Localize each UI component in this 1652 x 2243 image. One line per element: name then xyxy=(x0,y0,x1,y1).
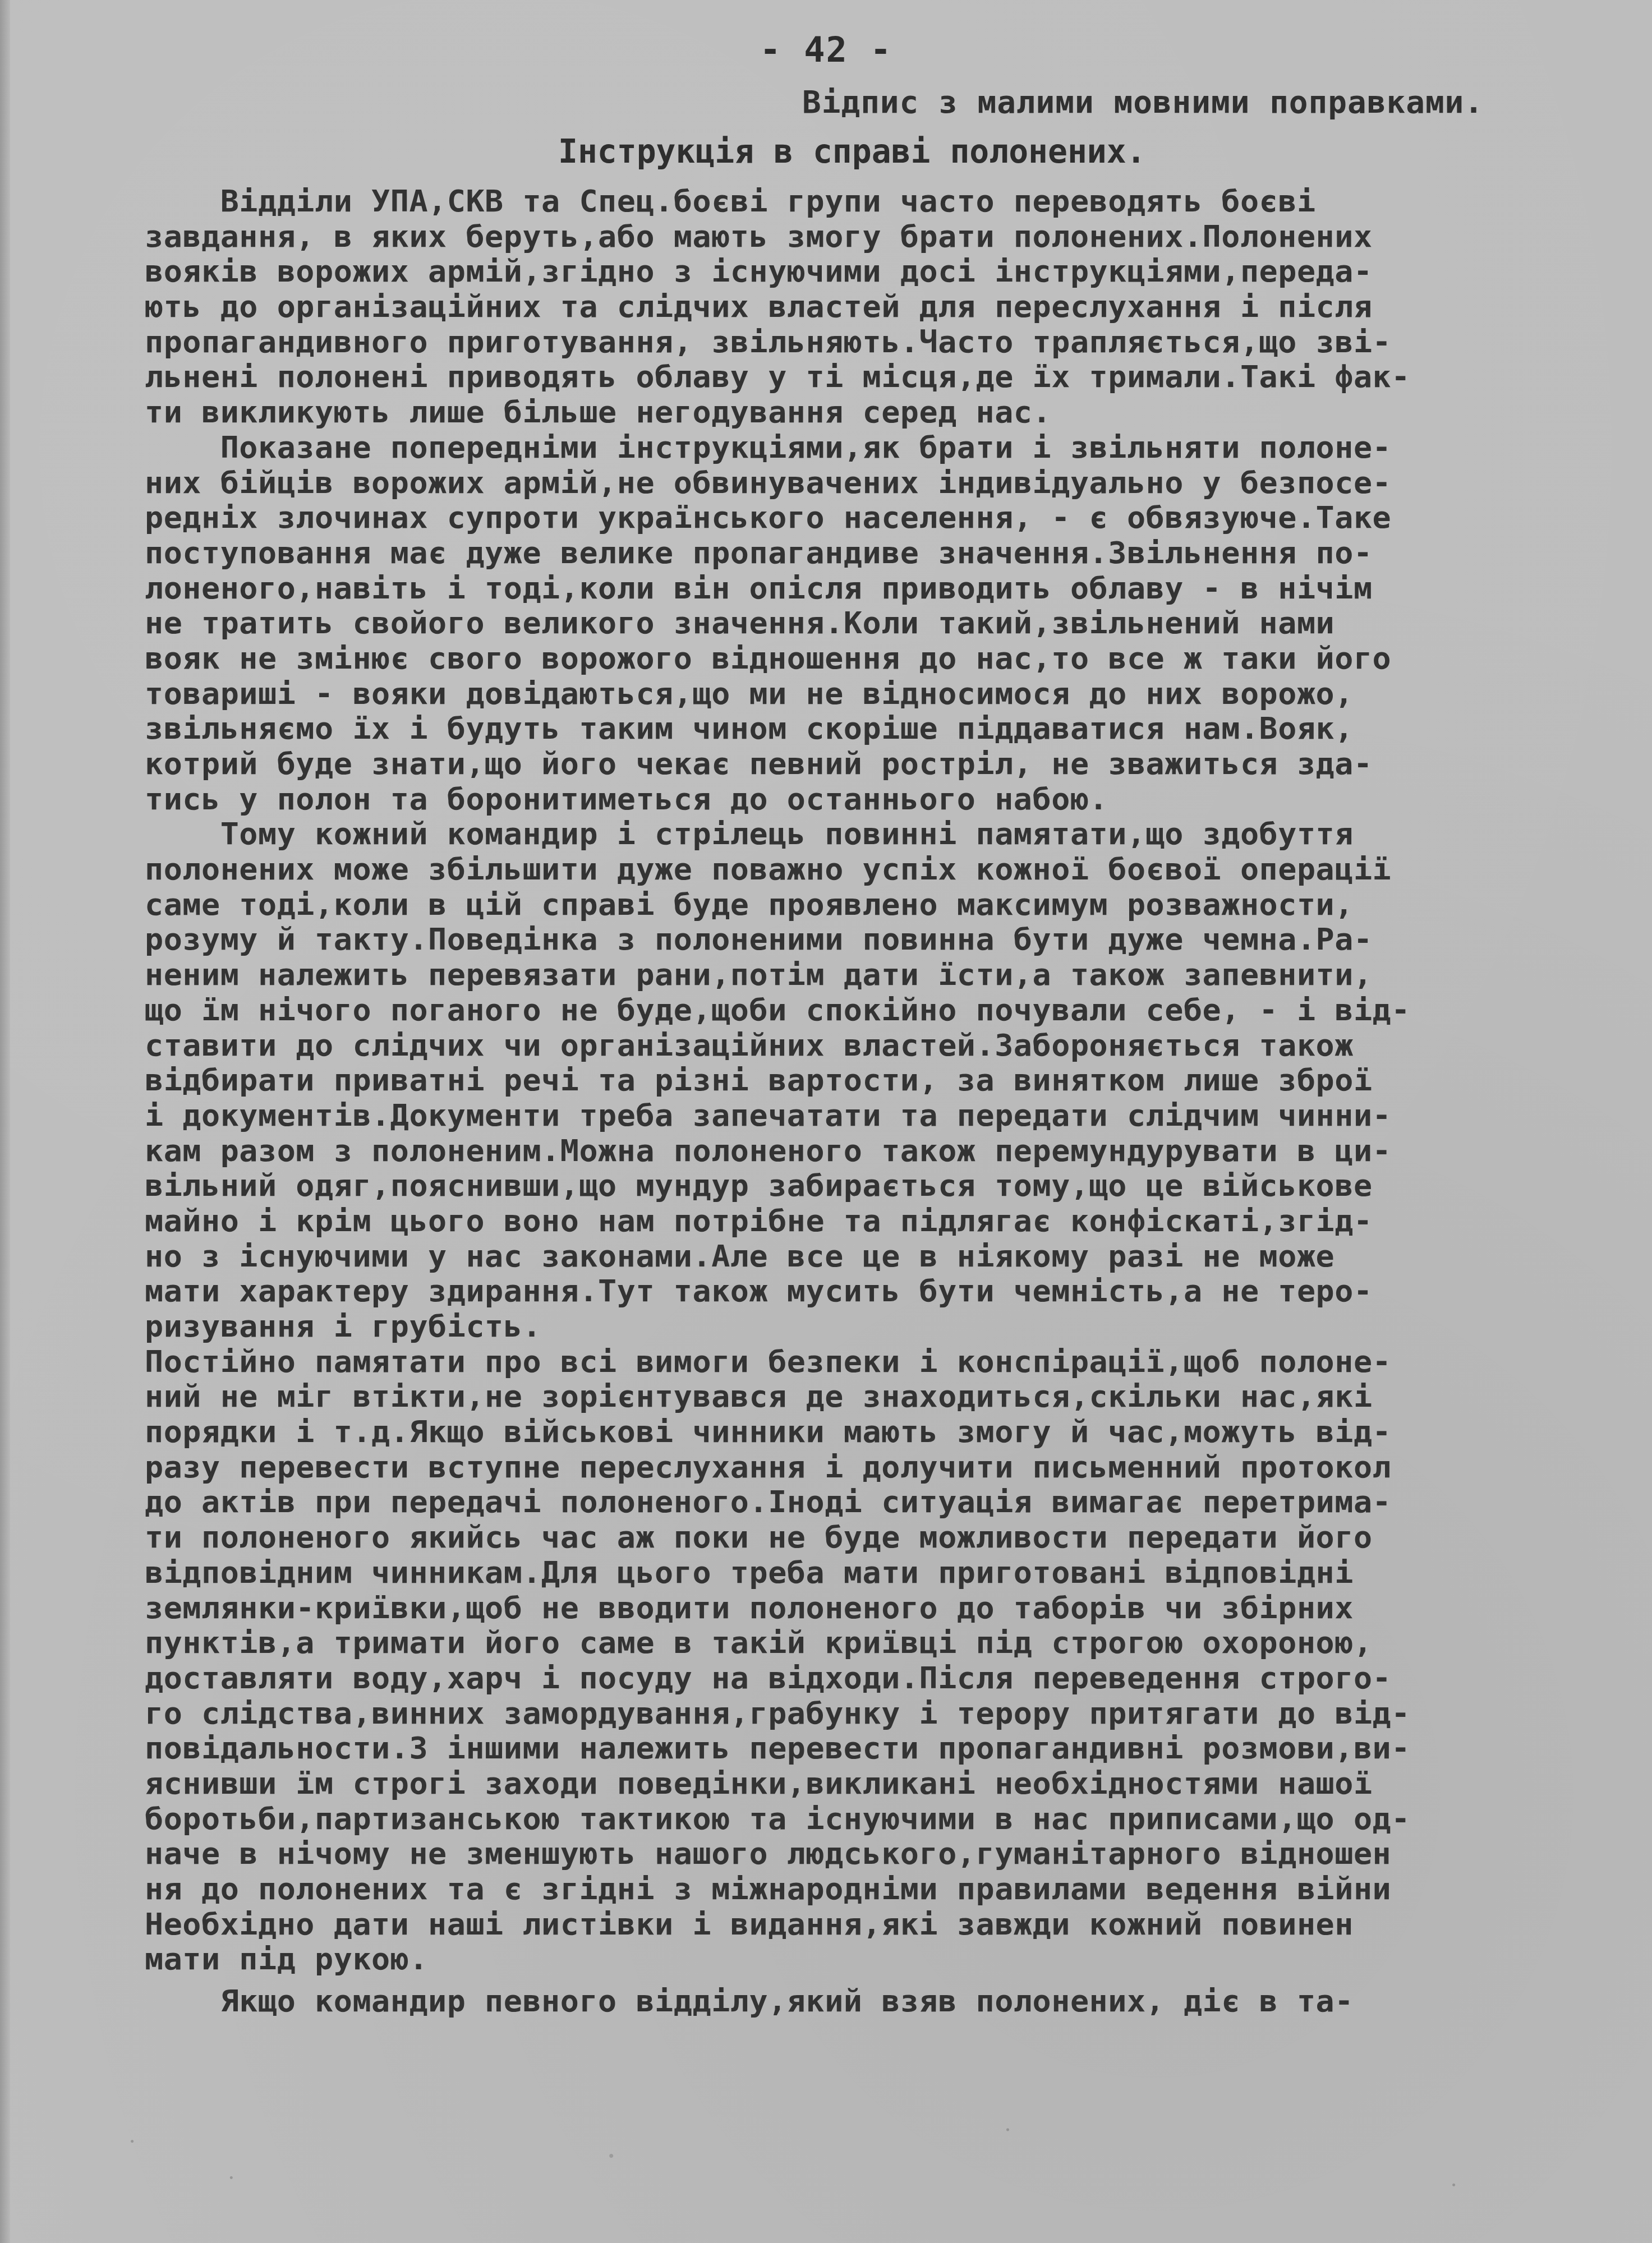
text-line: кам разом з полоненим.Можна полоненого т… xyxy=(145,1134,1541,1169)
text-line: відповідним чинникам.Для цього треба мат… xyxy=(145,1555,1541,1591)
text-line: звільняємо їх і будуть таким чином скорі… xyxy=(145,711,1541,747)
text-line: землянки-криївки,щоб не вводити полонено… xyxy=(145,1591,1541,1626)
text-line: редніх злочинах супроти українського нас… xyxy=(145,500,1541,536)
text-line: разу перевести вступне переслухання і до… xyxy=(145,1450,1541,1485)
text-line: ризування і грубість. xyxy=(145,1309,1541,1344)
text-line: полонених може збільшити дуже поважно ус… xyxy=(145,852,1541,887)
document-page: - 42 - Відпис з малими мовними поправкам… xyxy=(0,0,1652,2243)
text-line: товариші - вояки довідаються,що ми не ві… xyxy=(145,676,1541,712)
text-line: завдання, в яких беруть,або мають змогу … xyxy=(145,219,1541,255)
text-line: не тратить свойого великого значення.Кол… xyxy=(145,606,1541,641)
text-line: вояк не змінює свого ворожого відношення… xyxy=(145,641,1541,676)
text-line: майно і крім цього воно нам потрібне та … xyxy=(145,1204,1541,1239)
text-line: розуму й такту.Поведінка з полоненими по… xyxy=(145,922,1541,957)
text-line: ставити до слідчих чи організаційних вла… xyxy=(145,1028,1541,1063)
text-line: доставляти воду,харч і посуду на відходи… xyxy=(145,1661,1541,1696)
text-line: боротьби,партизанською тактикою та існую… xyxy=(145,1802,1541,1837)
text-line: поступовання має дуже велике пропагандив… xyxy=(145,536,1541,571)
text-line: пунктів,а тримати його саме в такій криї… xyxy=(145,1625,1541,1661)
copy-note: Відпис з малими мовними поправками. xyxy=(802,84,1484,121)
text-line: повідальности.З іншими належить перевест… xyxy=(145,1731,1541,1766)
scan-edge-shadow xyxy=(0,0,10,2243)
text-line: Необхідно дати наші листівки і видання,я… xyxy=(145,1907,1541,1942)
document-title: Інструкція в справі полонених. xyxy=(558,132,1146,171)
text-line: Показане попередніми інструкціями,як бра… xyxy=(145,430,1541,466)
text-line: до актів при передачі полоненого.Іноді с… xyxy=(145,1485,1541,1520)
text-line: саме тоді,коли в цій справі буде проявле… xyxy=(145,887,1541,923)
text-line: вільний одяг,пояснивши,що мундур забирає… xyxy=(145,1168,1541,1204)
text-line: мати характеру здирання.Тут також мусить… xyxy=(145,1274,1541,1309)
text-line: котрий буде знати,що його чекає певний р… xyxy=(145,747,1541,782)
text-line: мати під рукою. xyxy=(145,1942,1541,1977)
text-line: яснивши їм строгі заходи поведінки,викли… xyxy=(145,1766,1541,1802)
body-text: Відділи УПА,СКВ та Спец.боєві групи част… xyxy=(145,184,1513,2019)
text-line: вояків ворожих армій,згідно з існуючими … xyxy=(145,254,1541,289)
text-line: ти викликують лише більше негодування се… xyxy=(145,395,1541,430)
text-line: ють до організаційних та слідчих властей… xyxy=(145,289,1541,325)
scan-specks xyxy=(0,2098,1652,2243)
text-line: відбирати приватні речі та різні вартост… xyxy=(145,1063,1541,1098)
text-line: і документів.Документи треба запечатати … xyxy=(145,1098,1541,1134)
text-line: наче в нічому не зменшують нашого людськ… xyxy=(145,1836,1541,1872)
text-line: тись у полон та боронитиметься до останн… xyxy=(145,782,1541,817)
text-line: но з існуючими у нас законами.Але все це… xyxy=(145,1239,1541,1274)
text-line: ня до полонених та є згідні з міжнародні… xyxy=(145,1872,1541,1907)
text-line: Тому кожний командир і стрілець повинні … xyxy=(145,817,1541,852)
text-line: пропагандивного приготування, звільняють… xyxy=(145,325,1541,360)
text-line: льнені полонені приводять облаву у ті мі… xyxy=(145,360,1541,395)
text-line: Відділи УПА,СКВ та Спец.боєві групи част… xyxy=(145,184,1541,219)
page-number: - 42 - xyxy=(0,29,1652,70)
text-line: ний не міг втікти,не зорієнтувався де зн… xyxy=(145,1379,1541,1415)
text-line: Якщо командир певного відділу,який взяв … xyxy=(145,1984,1541,2019)
text-line: лоненого,навіть і тоді,коли він опісля п… xyxy=(145,571,1541,606)
text-line: го слідства,винних замордування,грабунку… xyxy=(145,1696,1541,1731)
text-line: що їм нічого поганого не буде,щоби спокі… xyxy=(145,993,1541,1028)
text-line: Постійно памятати про всі вимоги безпеки… xyxy=(145,1344,1541,1380)
text-line: них бійців ворожих армій,не обвинувачени… xyxy=(145,466,1541,501)
text-line: неним належить перевязати рани,потім дат… xyxy=(145,957,1541,993)
text-line: ти полоненого якийсь час аж поки не буде… xyxy=(145,1520,1541,1555)
text-line: порядки і т.д.Якщо військові чинники маю… xyxy=(145,1415,1541,1450)
